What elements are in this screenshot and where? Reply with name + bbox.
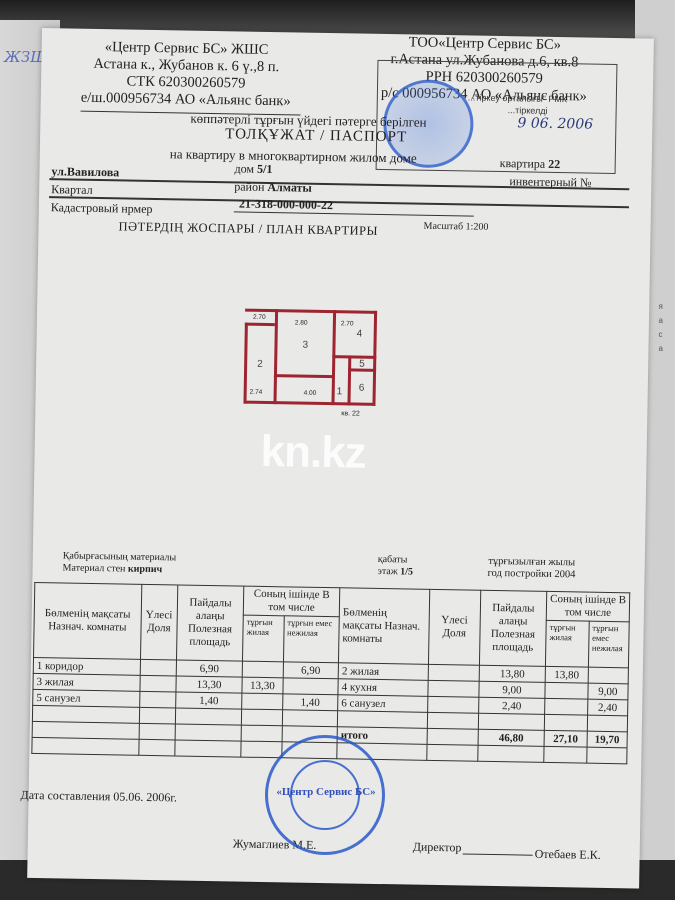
cell-l-living — [241, 725, 282, 742]
header-living: тұрғын жилая — [243, 615, 284, 662]
cell-l-area — [175, 724, 241, 741]
document-title: ТОЛҚҰЖАТ / ПАСПОРТ — [225, 126, 407, 146]
construction-year: тұрғызылған жылы год постройки 2004 — [487, 556, 575, 582]
cell-l-area — [175, 708, 241, 725]
cell-l-living — [241, 709, 282, 726]
cell-r-area — [478, 745, 544, 762]
floor-plan: 2 3 4 5 6 1 2.70 2.80 2.70 2.74 4.00 кв.… — [243, 309, 377, 406]
cell-share — [139, 707, 176, 724]
cell-l-area — [175, 740, 241, 757]
cell-r-living — [545, 682, 588, 699]
room-1-number: 1 — [337, 386, 343, 397]
cell-r-living — [544, 746, 587, 763]
cell-l-nonliving: 1,40 — [282, 694, 338, 711]
header-nonliving: тұрғын емес нежилая — [283, 616, 339, 663]
round-stamp-name: «Центр Сервис БС» — [266, 786, 386, 798]
header-purpose: Бөлменің мақсаты Назнач. комнаты — [34, 582, 142, 659]
house-label: дом — [234, 161, 254, 175]
watermark-logo: kn.kz — [260, 427, 366, 479]
background-side-text: яаса — [659, 300, 663, 356]
dimension: 2.74 — [250, 389, 263, 396]
dimension: 2.70 — [253, 314, 266, 321]
cadastral-number: 21-318-000-000-22 — [239, 196, 333, 213]
room-3-number: 3 — [302, 340, 308, 351]
issuer-header-kz: «Центр Сервис БС» ЖШС Астана к., Жубанов… — [81, 39, 292, 111]
dimension: 2.80 — [295, 319, 308, 326]
room-2-number: 2 — [257, 359, 263, 370]
cell-share — [139, 723, 176, 740]
cell-share — [426, 744, 477, 761]
cell-r-living: 27,10 — [544, 730, 587, 747]
round-company-stamp: «Центр Сервис БС» — [265, 735, 385, 855]
plan-apartment-label: кв. 22 — [341, 410, 360, 417]
cell-l-living — [242, 693, 283, 710]
cell-l-area: 6,90 — [176, 660, 242, 677]
cadastral-label: Кадастровый нрмер — [51, 200, 153, 217]
header-area: Пайдалы алаңы Полезная площадь — [176, 585, 243, 661]
cell-share — [428, 680, 479, 697]
cell-r-nonliving: 19,70 — [587, 731, 628, 748]
header-share: Үлесі Доля — [140, 584, 178, 660]
year-label-ru: год постройки — [487, 568, 551, 580]
cell-share — [427, 696, 478, 713]
compilation-date: Дата составления 05.06. 2006г. — [20, 788, 177, 806]
floor-info: қабаты этаж 1/5 — [377, 554, 413, 579]
cell-l-name — [32, 705, 139, 723]
dimension: 2.70 — [341, 320, 354, 327]
cell-r-nonliving — [588, 667, 629, 684]
floor-label-ru: этаж — [377, 566, 397, 577]
issuer-address-kz: Астана к., Жубанов к. 6 ү.,8 п. — [81, 56, 291, 77]
header-including: Соның ішінде В том числе — [243, 586, 339, 617]
cell-l-name — [32, 737, 139, 755]
cell-share — [427, 728, 478, 745]
cell-r-name: 2 жилая — [338, 663, 428, 681]
cell-l-name: 3 жилая — [33, 673, 140, 691]
header-area-right: Пайдалы алаңы Полезная площадь — [479, 590, 546, 666]
cell-r-living — [545, 698, 588, 715]
dimension: 4.00 — [304, 390, 317, 397]
wall-material-label-ru: Материал стен — [62, 562, 125, 574]
district: Алматы — [267, 180, 312, 195]
floor-label-kz: қабаты — [378, 554, 414, 567]
cell-share — [427, 712, 478, 729]
cell-l-nonliving: 6,90 — [283, 662, 339, 679]
cell-r-nonliving: 9,00 — [588, 683, 629, 700]
signature-line — [463, 853, 533, 855]
cell-r-nonliving — [586, 747, 627, 764]
apartment-label: квартира — [500, 156, 546, 171]
director-name: Отебаев Е.К. — [535, 847, 601, 863]
cell-share — [428, 664, 479, 681]
cell-l-name: 1 коридор — [33, 657, 140, 675]
wall-material: Қабырғасының материалы Материал стен кир… — [62, 550, 176, 576]
director-label: Директор — [413, 840, 462, 856]
cell-r-name — [337, 711, 427, 729]
cell-share — [139, 739, 176, 756]
inventory-label: инвентерный № — [509, 174, 591, 190]
house-number: 5/1 — [257, 162, 273, 176]
cell-r-name: 6 санузел — [338, 695, 428, 713]
cell-l-nonliving — [282, 710, 338, 727]
room-5-number: 5 — [359, 359, 365, 370]
cell-share — [140, 675, 177, 692]
cell-share — [140, 659, 177, 676]
cell-l-name — [32, 721, 139, 739]
cell-share — [139, 691, 176, 708]
cell-r-nonliving: 2,40 — [587, 699, 628, 716]
header-living-right: тұрғын жилая — [545, 620, 588, 667]
cell-r-name: 4 кухня — [338, 679, 428, 697]
stamp-line: ...тіркелді — [508, 105, 548, 116]
stamp-date: 9 06. 2006 — [517, 115, 593, 132]
cell-l-living — [242, 661, 283, 678]
wall-material-value: кирпич — [128, 564, 162, 576]
cell-r-area: 9,00 — [479, 681, 545, 698]
cell-r-area: 46,80 — [478, 729, 544, 746]
header-including-right: Соның ішінде В том числе — [546, 591, 629, 621]
cell-r-area: 13,80 — [479, 665, 545, 682]
cell-l-living — [241, 741, 282, 758]
cell-r-living — [544, 714, 587, 731]
plan-title: ПӘТЕРДІҢ ЖОСПАРЫ / ПЛАН КВАРТИРЫ — [118, 219, 378, 239]
scale-label: Масштаб — [424, 221, 464, 233]
cell-r-nonliving — [587, 715, 628, 732]
room-6-number: 6 — [359, 383, 365, 394]
cell-l-area: 1,40 — [176, 692, 242, 709]
divider — [234, 211, 474, 216]
room-4-number: 4 — [357, 329, 363, 340]
apartment-number: 22 — [548, 157, 560, 171]
floor-value: 1/5 — [400, 566, 413, 577]
stamp-line: ...тіркеу орталығы" РМК — [468, 92, 567, 104]
cell-r-living: 13,80 — [545, 666, 588, 683]
issuer-bank-kz: е/ш.000956734 АО «Альянс банк» — [81, 90, 291, 111]
cell-l-living: 13,30 — [242, 677, 283, 694]
district-label: район — [234, 179, 264, 194]
document-subtitle-ru: на квартиру в многоквартирном жилом доме — [170, 146, 417, 166]
cell-l-nonliving — [283, 678, 339, 695]
cell-l-area: 13,30 — [176, 676, 242, 693]
cell-l-name: 5 санузел — [33, 689, 140, 707]
header-purpose-right: Бөлменің мақсаты Назнач. комнаты — [339, 588, 430, 665]
cell-r-area: 2,40 — [479, 697, 545, 714]
year-value: 2004 — [554, 569, 575, 580]
scale-value: 1:200 — [465, 221, 488, 232]
cell-r-area — [478, 713, 544, 730]
header-share-right: Үлесі Доля — [428, 589, 481, 665]
header-nonliving-right: тұрғын емес нежилая — [588, 621, 629, 668]
